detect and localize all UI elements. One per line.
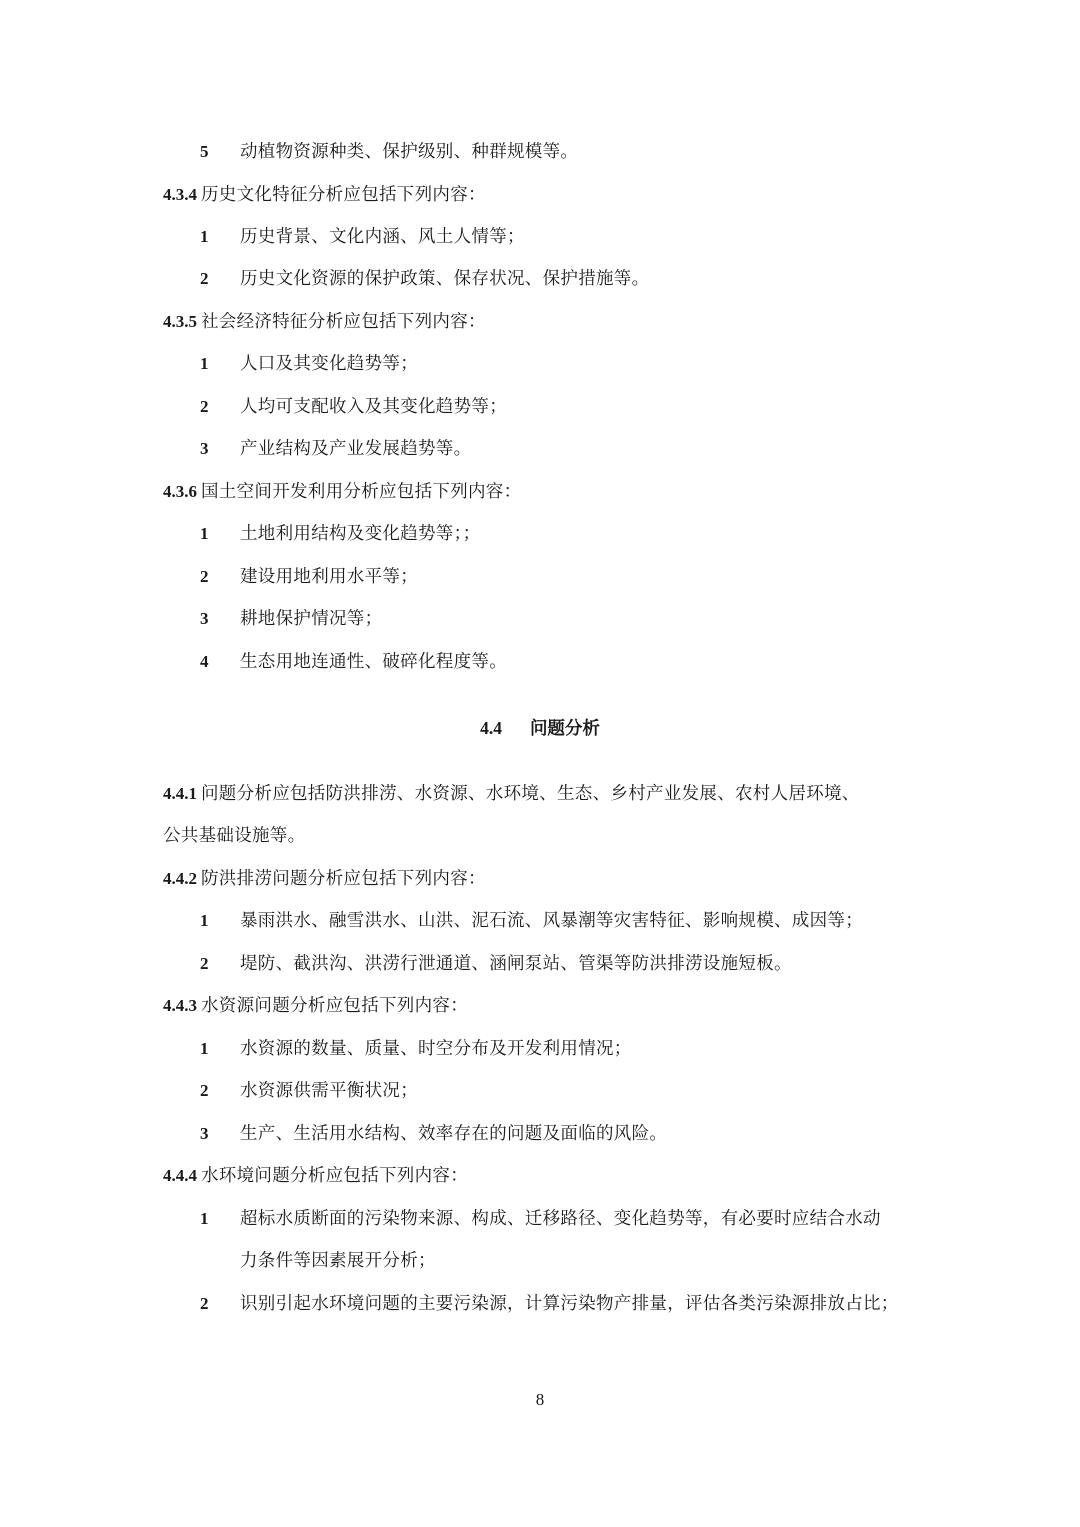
item-number: 2 [200,264,240,294]
clause-heading: 4.4.3水资源问题分析应包括下列内容： [163,991,468,1021]
item-text: 人均可支配收入及其变化趋势等； [240,397,507,417]
clause-heading: 4.4.2防洪排涝问题分析应包括下列内容： [163,864,486,894]
item-text: 建设用地利用水平等； [240,567,418,587]
item-text: 识别引起水环境问题的主要污染源，计算污染物产排量，评估各类污染源排放占比； [240,1294,899,1314]
item-text: 动植物资源种类、保护级别、种群规模等。 [240,142,578,162]
item-number: 4 [200,647,240,677]
clause-heading: 4.3.6国土空间开发利用分析应包括下列内容： [163,477,521,507]
list-item: 1超标水质断面的污染物来源、构成、迁移路径、变化趋势等，有必要时应结合水动 [200,1204,881,1234]
item-number: 1 [200,349,240,379]
item-number: 2 [200,1289,240,1319]
item-number: 1 [200,1034,240,1064]
item-number: 2 [200,949,240,979]
list-item: 1土地利用结构及变化趋势等；； [200,519,480,549]
item-number: 3 [200,1119,240,1149]
list-item: 2堤防、截洪沟、洪涝行泄通道、涵闸泵站、管渠等防洪排涝设施短板。 [200,949,792,979]
clause-heading: 4.3.4历史文化特征分析应包括下列内容： [163,180,486,210]
list-item: 2水资源供需平衡状况； [200,1076,418,1106]
clause-text: 公共基础设施等。 [163,826,305,846]
item-text: 历史背景、文化内涵、风土人情等； [240,227,525,247]
document-page: 5动植物资源种类、保护级别、种群规模等。 4.3.4历史文化特征分析应包括下列内… [0,0,1080,1527]
clause-heading: 4.4.1问题分析应包括防洪排涝、水资源、水环境、生态、乡村产业发展、农村人居环… [163,779,860,809]
item-number: 2 [200,562,240,592]
clause-text: 水环境问题分析应包括下列内容： [201,1166,468,1186]
section-number: 4.4 [480,718,502,738]
item-number: 2 [200,392,240,422]
clause-text: 国土空间开发利用分析应包括下列内容： [201,482,521,502]
item-number: 2 [200,1076,240,1106]
item-text: 耕地保护情况等； [240,609,382,629]
clause-text: 历史文化特征分析应包括下列内容： [201,185,486,205]
item-text: 水资源供需平衡状况； [240,1081,418,1101]
item-text: 力条件等因素展开分析； [240,1251,436,1271]
list-item: 2识别引起水环境问题的主要污染源，计算污染物产排量，评估各类污染源排放占比； [200,1289,899,1319]
list-item-continuation: 力条件等因素展开分析； [240,1246,436,1276]
clause-number: 4.3.6 [163,482,197,501]
list-item: 2建设用地利用水平等； [200,562,418,592]
item-text: 堤防、截洪沟、洪涝行泄通道、涵闸泵站、管渠等防洪排涝设施短板。 [240,954,792,974]
item-text: 超标水质断面的污染物来源、构成、迁移路径、变化趋势等，有必要时应结合水动 [240,1209,881,1229]
page-number: 8 [0,1390,1080,1410]
item-number: 1 [200,222,240,252]
list-item: 3产业结构及产业发展趋势等。 [200,434,471,464]
item-text: 生产、生活用水结构、效率存在的问题及面临的风险。 [240,1124,667,1144]
section-title: 4.4问题分析 [0,713,1080,743]
item-text: 生态用地连通性、破碎化程度等。 [240,652,507,672]
clause-heading: 4.3.5社会经济特征分析应包括下列内容： [163,307,486,337]
clause-heading: 4.4.4水环境问题分析应包括下列内容： [163,1161,468,1191]
clause-text: 问题分析应包括防洪排涝、水资源、水环境、生态、乡村产业发展、农村人居环境、 [201,784,860,804]
clause-text: 防洪排涝问题分析应包括下列内容： [201,869,486,889]
clause-number: 4.4.3 [163,996,197,1015]
list-item: 2人均可支配收入及其变化趋势等； [200,392,507,422]
clause-number: 4.4.2 [163,869,197,888]
item-text: 水资源的数量、质量、时空分布及开发利用情况； [240,1039,632,1059]
item-number: 3 [200,434,240,464]
item-text: 暴雨洪水、融雪洪水、山洪、泥石流、风暴潮等灾害特征、影响规模、成因等； [240,911,863,931]
item-text: 土地利用结构及变化趋势等；； [240,524,480,544]
clause-text: 社会经济特征分析应包括下列内容： [201,312,486,332]
list-item: 1人口及其变化趋势等； [200,349,418,379]
list-item: 4生态用地连通性、破碎化程度等。 [200,647,507,677]
item-number: 1 [200,906,240,936]
list-item: 3生产、生活用水结构、效率存在的问题及面临的风险。 [200,1119,667,1149]
clause-number: 4.4.4 [163,1166,197,1185]
item-number: 1 [200,519,240,549]
clause-number: 4.3.5 [163,312,197,331]
item-text: 人口及其变化趋势等； [240,354,418,374]
list-item: 1暴雨洪水、融雪洪水、山洪、泥石流、风暴潮等灾害特征、影响规模、成因等； [200,906,863,936]
list-item: 5动植物资源种类、保护级别、种群规模等。 [200,137,578,167]
clause-number: 4.4.1 [163,784,197,803]
list-item: 2历史文化资源的保护政策、保存状况、保护措施等。 [200,264,649,294]
item-text: 产业结构及产业发展趋势等。 [240,439,471,459]
clause-number: 4.3.4 [163,185,197,204]
clause-continuation: 公共基础设施等。 [163,821,305,851]
list-item: 3耕地保护情况等； [200,604,382,634]
item-number: 5 [200,137,240,167]
clause-text: 水资源问题分析应包括下列内容： [201,996,468,1016]
list-item: 1历史背景、文化内涵、风土人情等； [200,222,525,252]
item-text: 历史文化资源的保护政策、保存状况、保护措施等。 [240,269,649,289]
item-number: 3 [200,604,240,634]
list-item: 1水资源的数量、质量、时空分布及开发利用情况； [200,1034,632,1064]
item-number: 1 [200,1204,240,1234]
section-title-text: 问题分析 [530,719,600,739]
